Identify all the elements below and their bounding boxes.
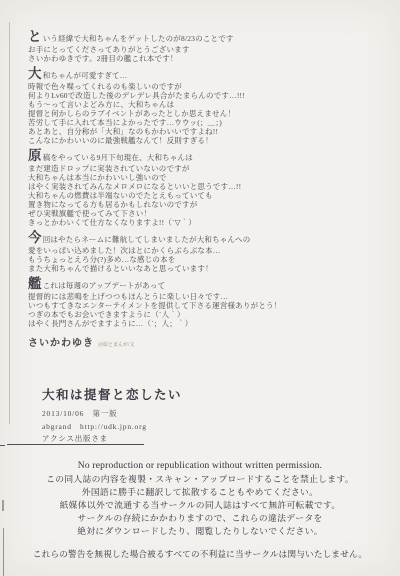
afterword-line: 大和ちゃんの燃費は半端ないのでたとえもっていても (28, 191, 373, 200)
scan-edge-line (9, 22, 10, 424)
first-line-text: 和ちゃんが可愛すぎて… (43, 71, 128, 80)
copyright-notice-section: No reproduction or republication without… (0, 460, 400, 561)
drop-cap: 今 (28, 230, 42, 245)
afterword-line: また大和ちゃんで描けるといいなあと思っています！ (28, 264, 373, 273)
afterword-paragraph-5: 艦これは毎週のアップデートがあって 提督的には悲鳴を上げつつもほんとうに楽しい日… (28, 277, 373, 328)
paragraph-first-line: 大和ちゃんが可愛すぎて… (28, 67, 373, 82)
first-line-text: 稿をやっている9月下旬現在、大和ちゃんは (43, 153, 193, 162)
afterword-line: いつもすてきなエンターテイメントを提供して下さる運営様ありがとう！ (28, 301, 373, 310)
afterword-line: 時報で色々喋ってくれるのも楽しいのですが (28, 82, 373, 91)
author-name: さいかわゆき (28, 338, 94, 349)
notice-line: 外国語に勝手に翻訳して拡散することもやめてください。 (0, 486, 400, 499)
first-line-text: 回はやたらネームに難航してしまいましたが大和ちゃんへの (43, 235, 251, 244)
afterword-line: あとあと、自分称が「大和」なのもかわいいですよね!! (28, 127, 373, 136)
afterword-line: もうちょっとえろ分(?)多め…な感じの本を (28, 255, 373, 264)
notice-line-english: No reproduction or republication without… (0, 460, 400, 473)
afterword-line: さいかわゆきです。2冊目の艦これ本です！ (28, 54, 373, 63)
drop-cap: 大 (28, 66, 42, 81)
notice-line: サークルの存続にかかわりますので、これらの違法データを (0, 512, 400, 525)
afterword-line: きっとかわいくて仕方なくなりますよ!!（´▽｀） (28, 218, 373, 227)
notice-final-warning: これらの警告を無視した場合被るすべての不利益に当サークルは関与いたしません。 (0, 548, 400, 561)
notice-line: 絶対にダウンロードしたり、閲覧したりしないでください。 (0, 525, 400, 538)
afterword-paragraph-3: 原稿をやっている9月下旬現在、大和ちゃんは まだ建造ドロップに実装されていないの… (28, 149, 373, 227)
afterword-line: 愛をいっぱい込めました！次はとにかくらぶらぶな本… (28, 246, 373, 255)
divider-rule (7, 444, 144, 445)
afterword-paragraph-4: 今回はやたらネームに難航してしまいましたが大和ちゃんへの 愛をいっぱい込めました… (28, 231, 373, 273)
paragraph-first-line: 原稿をやっている9月下旬現在、大和ちゃんは (28, 149, 373, 164)
author-signature: さいかわゆき＠絵とまんが/文 (28, 334, 373, 349)
afterword-paragraph-1: という経緯で大和ちゃんをゲットしたのが8/23のことです お手にとってくださって… (28, 30, 373, 63)
edition-line: 2013/10/06 第一版 (42, 408, 182, 421)
drop-cap: 原 (28, 148, 42, 163)
doujin-afterword-page: という経緯で大和ちゃんをゲットしたのが8/23のことです お手にとってくださって… (0, 0, 400, 576)
drop-cap: と (28, 29, 42, 44)
afterword-line: はやく長門さんがでますように…（´；人；｀） (28, 319, 373, 328)
afterword-section: という経緯で大和ちゃんをゲットしたのが8/23のことです お手にとってくださって… (28, 30, 373, 349)
afterword-line: 置き物になってる方も居るかもしれないのですが (28, 200, 373, 209)
afterword-line: 何よりLv60で改造した後のデレデレ具合がたまらんのです…!!! (28, 91, 373, 100)
afterword-line: 苦労して手に入れて本当によかったです…ウウッ(；＿；) (28, 118, 373, 127)
afterword-line: お手にとってくださってありがとうございます (28, 45, 373, 54)
colophon-block: 大和は提督と恋したい 2013/10/06 第一版 abgrand http:/… (42, 385, 182, 446)
afterword-paragraph-2: 大和ちゃんが可愛すぎて… 時報で色々喋ってくれるのも楽しいのですが 何よりLv6… (28, 67, 373, 145)
afterword-line: つぎの本でもお会いできますように（´人｀） (28, 310, 373, 319)
paragraph-first-line: という経緯で大和ちゃんをゲットしたのが8/23のことです (28, 30, 373, 45)
afterword-line: 提督的には悲鳴を上げつつもほんとうに楽しい日々です… (28, 292, 373, 301)
afterword-line: 大和ちゃんは本当にかわいいし強いので (28, 173, 373, 182)
afterword-line: まだ建造ドロップに実装されていないのですが (28, 164, 373, 173)
drop-cap: 艦 (28, 276, 42, 291)
circle-url-line: abgrand http://udk.jpn.org (42, 421, 182, 434)
first-line-text: いう経緯で大和ちゃんをゲットしたのが8/23のことです (43, 34, 234, 43)
afterword-line: こんなにかわいいのに最強戦艦なんて！反則すぎる！ (28, 136, 373, 145)
afterword-line: 提督と何かしらのラブイベントがあったとしか思えません！ (28, 109, 373, 118)
afterword-line: はやく実装されてみんなメロメロになるといいと思うです…!! (28, 182, 373, 191)
divider-dash (0, 445, 5, 446)
notice-line: 紙媒体以外で流通する当サークルの同人誌はすべて無許可転載です。 (0, 499, 400, 512)
signature-note: ＠絵とまんが/文 (98, 343, 134, 348)
afterword-line: ぜひ実戦旗艦で使ってみて下さい！ (28, 209, 373, 218)
book-title: 大和は提督と恋したい (42, 385, 182, 403)
paragraph-first-line: 艦これは毎週のアップデートがあって (28, 277, 373, 292)
first-line-text: これは毎週のアップデートがあって (43, 281, 166, 290)
paragraph-first-line: 今回はやたらネームに難航してしまいましたが大和ちゃんへの (28, 231, 373, 246)
notice-line: この同人誌の内容を複製・スキャン・アップロードすることを禁止します。 (0, 473, 400, 486)
afterword-line: もう～って言いよどみ方に、大和ちゃんは (28, 100, 373, 109)
